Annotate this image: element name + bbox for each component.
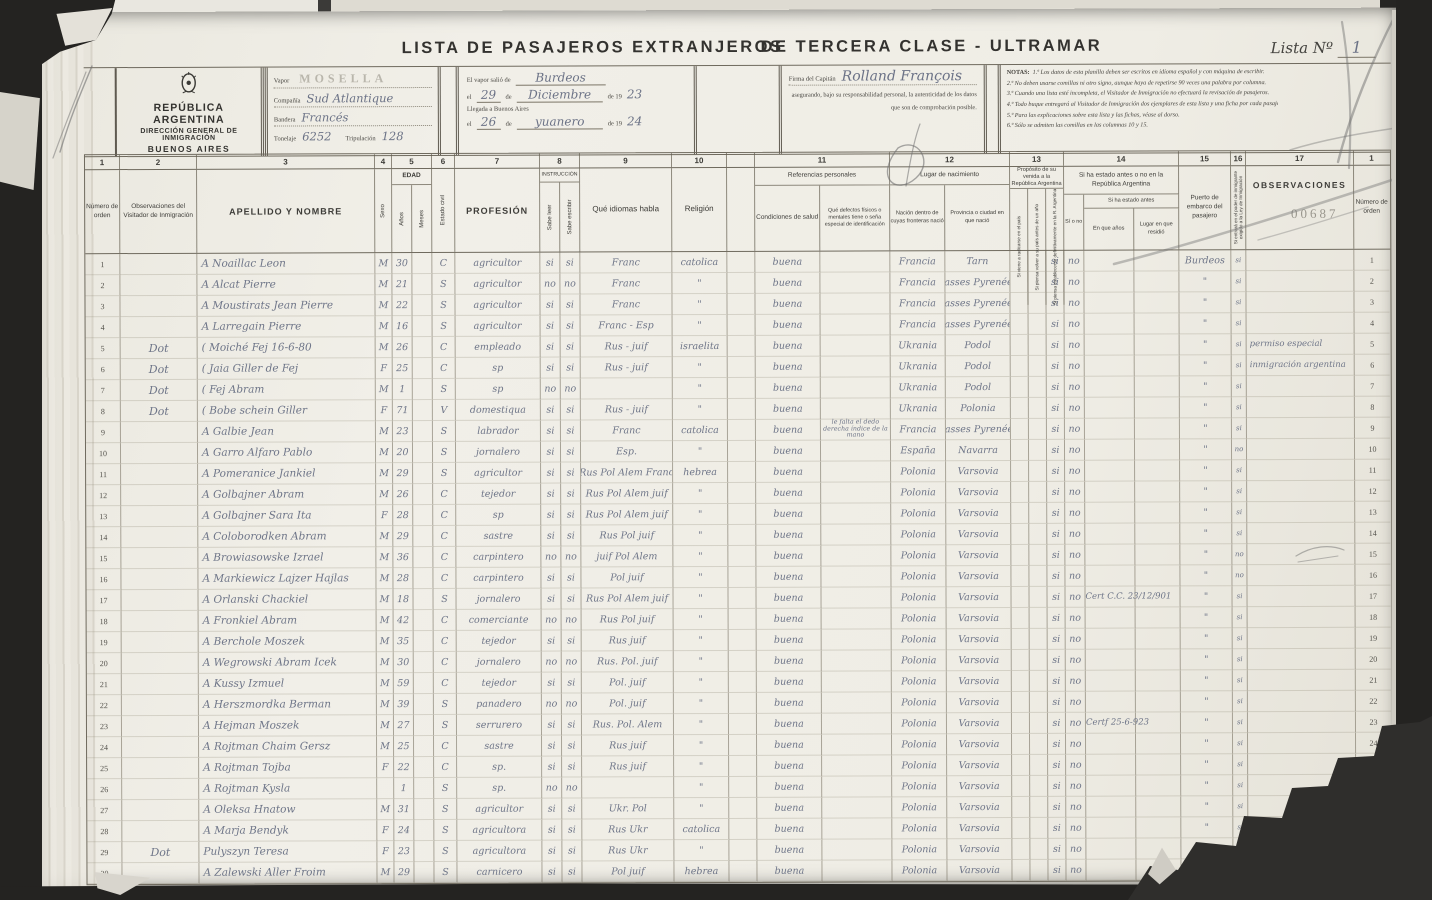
lugar-residio <box>1136 628 1181 649</box>
entrada-ley: si <box>1232 481 1247 502</box>
paper-sheet: LISTA DE PASAJEROS EXTRANJEROS DE TERCER… <box>38 8 1399 889</box>
sabe-leer: si <box>541 526 561 547</box>
provincia: Podol <box>946 356 1011 377</box>
num: 24 <box>87 737 122 758</box>
salud: buena <box>755 273 820 294</box>
en-que-anios <box>1086 860 1136 881</box>
entrada-ley: no <box>1232 544 1247 565</box>
sexo: F <box>376 358 393 379</box>
num-orden-der: 21 <box>1356 670 1391 691</box>
notas-title: NOTAS: <box>1007 69 1030 76</box>
en-que-anios: Certf 25-6-923 <box>1086 713 1136 734</box>
idiomas: Rus juif <box>582 735 674 756</box>
anios: 29 <box>394 862 414 883</box>
provincia: Varsovia <box>947 713 1012 734</box>
anios: 31 <box>394 799 414 820</box>
religion: catolica <box>673 420 728 441</box>
spacer <box>728 378 756 399</box>
provincia: Varsovia <box>946 503 1011 524</box>
num-orden-der: 8 <box>1355 397 1390 418</box>
religion: " <box>673 441 728 462</box>
estado-si-no: no <box>1065 398 1085 419</box>
meses <box>414 778 434 799</box>
num: 7 <box>86 380 121 401</box>
obs-visitador <box>122 821 199 842</box>
idiomas: Franc <box>580 273 672 294</box>
estado-civil: C <box>433 484 456 505</box>
lugar-residio <box>1135 565 1180 586</box>
sexo: M <box>377 610 394 631</box>
de-label-2: de <box>506 121 512 128</box>
estado-civil: S <box>434 820 457 841</box>
num: 1 <box>85 254 120 275</box>
idiomas: Rus - juif <box>581 357 673 378</box>
salud: buena <box>756 420 821 441</box>
name: ( Fej Abram <box>198 379 376 401</box>
religion: " <box>673 546 728 567</box>
lista-label: Lista Nº <box>1271 39 1333 57</box>
num: 6 <box>86 359 121 380</box>
anios: 23 <box>394 841 414 862</box>
obs-visitador <box>122 653 199 674</box>
prop-3: si <box>1048 608 1066 629</box>
col-number-11: 11 <box>755 152 890 166</box>
entrada-ley: si <box>1232 502 1247 523</box>
profesion: sp. <box>457 757 542 778</box>
prop-1 <box>1012 692 1030 713</box>
en-que-anios: Cert C.C. 23/12/901 <box>1085 587 1135 608</box>
lugar-residio <box>1136 754 1181 775</box>
spacer <box>729 609 757 630</box>
anios: 27 <box>394 715 414 736</box>
prop-3: si <box>1048 734 1066 755</box>
sabe-leer: si <box>541 505 561 526</box>
header-ha-estado-group: Si ha estado antes o no en la República … <box>1064 166 1179 249</box>
estado-si-no: no <box>1065 545 1085 566</box>
num-orden-der: 20 <box>1356 649 1391 670</box>
en-que-anios <box>1084 251 1134 272</box>
name: A Kussy Izmuel <box>199 673 377 695</box>
entrada-ley: si <box>1233 670 1248 691</box>
defectos <box>822 608 892 629</box>
sabe-leer: si <box>541 589 561 610</box>
en-que-anios <box>1085 314 1135 335</box>
puerto: " <box>1181 733 1233 754</box>
tonelaje-label: Tonelaje <box>274 135 296 142</box>
name: A Galbie Jean <box>198 421 376 443</box>
prop-3: si <box>1048 797 1066 818</box>
idiomas <box>581 378 673 399</box>
estado-si-no: no <box>1065 314 1085 335</box>
meses <box>413 421 433 442</box>
spacer <box>728 441 756 462</box>
prop-2 <box>1029 545 1047 566</box>
obs-visitador: Dot <box>122 842 199 863</box>
llegada-line: Llegada a Buenos Aires <box>467 105 686 113</box>
en-que-anios <box>1085 419 1135 440</box>
name: A Rojtman Chaim Gersz <box>199 736 377 758</box>
prop-1 <box>1012 797 1030 818</box>
prop-2 <box>1029 587 1047 608</box>
defectos <box>821 503 891 524</box>
anios: 18 <box>393 589 413 610</box>
en-que-anios <box>1085 440 1135 461</box>
anios: 24 <box>394 820 414 841</box>
de-label: de <box>505 94 511 101</box>
estado-si-no: no <box>1065 524 1085 545</box>
entrada-ley: si <box>1233 712 1248 733</box>
name: A Marja Bendyk <box>199 820 377 842</box>
defectos: le falta el dedo derecha índice de la ma… <box>821 419 891 440</box>
en-que-anios <box>1085 377 1135 398</box>
observaciones <box>1248 817 1356 838</box>
estado-si-no: no <box>1065 377 1085 398</box>
profesion: tejedor <box>457 631 542 652</box>
anios: 20 <box>393 442 413 463</box>
prop-3: si <box>1047 335 1065 356</box>
nacion: Francia <box>891 419 946 440</box>
spacer <box>729 861 757 882</box>
spacer <box>728 588 756 609</box>
spacer <box>729 798 757 819</box>
anios: 30 <box>394 652 414 673</box>
salud: buena <box>756 441 821 462</box>
profesion: sp. <box>457 778 542 799</box>
obs-visitador <box>121 527 198 548</box>
observaciones <box>1248 733 1356 754</box>
obs-visitador <box>121 422 198 443</box>
num-orden-der <box>1356 796 1391 817</box>
defectos <box>821 566 891 587</box>
prop-2 <box>1029 356 1047 377</box>
estado-si-no: no <box>1065 566 1085 587</box>
provincia: Varsovia <box>946 482 1011 503</box>
prop-2 <box>1029 335 1047 356</box>
header-idiomas: Qué idiomas habla <box>592 204 659 215</box>
bandera-line: Bandera Francés <box>274 110 432 127</box>
document-title-left: LISTA DE PASAJEROS EXTRANJEROS <box>402 38 784 58</box>
sabe-leer: si <box>541 568 561 589</box>
idiomas: Pol juif <box>582 861 674 882</box>
estado-civil: C <box>434 736 457 757</box>
en-que-anios <box>1085 482 1135 503</box>
estado-si-no: no <box>1066 776 1086 797</box>
idiomas: Franc - Esp <box>581 315 673 336</box>
anios: 26 <box>393 484 413 505</box>
sabe-escribir: si <box>562 735 582 756</box>
provincia: Polonia <box>946 398 1011 419</box>
spacer <box>728 546 756 567</box>
num: 9 <box>86 422 121 443</box>
estado-civil: S <box>433 463 456 484</box>
spacer <box>729 819 757 840</box>
puerto <box>1181 859 1233 880</box>
defectos <box>821 335 891 356</box>
llegada-day: 26 <box>477 115 501 130</box>
sabe-leer: si <box>541 421 561 442</box>
prop-1 <box>1012 650 1030 671</box>
prop-1 <box>1011 314 1029 335</box>
prop-3: si <box>1047 482 1065 503</box>
estado-civil: S <box>433 421 456 442</box>
obs-visitador <box>121 590 198 611</box>
prop-1 <box>1012 713 1030 734</box>
estado-si-no: no <box>1066 671 1086 692</box>
puerto: " <box>1180 523 1232 544</box>
idiomas <box>582 777 674 798</box>
anios: 29 <box>393 463 413 484</box>
meses <box>414 841 434 862</box>
obs-visitador: Dot <box>121 359 198 380</box>
col-number-13: 13 <box>1010 152 1064 166</box>
header-sexo: Sexo <box>380 204 386 218</box>
prop-2 <box>1030 692 1048 713</box>
sabe-escribir: si <box>562 861 582 882</box>
defectos <box>822 650 892 671</box>
idiomas: Rus Ukr <box>582 819 674 840</box>
anios: 71 <box>393 400 413 421</box>
sexo: F <box>377 757 394 778</box>
table-header-row: Número de orden Observaciones del Visita… <box>85 166 1390 255</box>
obs-visitador <box>121 548 198 569</box>
tonelaje-line: Tonelaje 6252 Tripulación 128 <box>274 129 432 145</box>
num: 28 <box>87 821 122 842</box>
registry-stamp-number: 00687 <box>1291 206 1339 222</box>
sexo: M <box>376 526 393 547</box>
sabe-escribir: no <box>562 777 582 798</box>
sabe-escribir: si <box>561 420 581 441</box>
estado-si-no: no <box>1066 797 1086 818</box>
observaciones <box>1248 607 1356 628</box>
religion: hebrea <box>673 462 728 483</box>
profesion: comerciante <box>457 610 542 631</box>
nacion: Polonia <box>892 797 947 818</box>
estado-si-no: no <box>1065 482 1085 503</box>
idiomas: Rus - juif <box>581 336 673 357</box>
profesion: carnicero <box>457 862 542 883</box>
spacer <box>728 525 756 546</box>
meses <box>413 337 433 358</box>
prop-1 <box>1012 818 1030 839</box>
header-en-que-anios: En que años <box>1093 225 1124 233</box>
prop-3: si <box>1048 671 1066 692</box>
lugar-residio <box>1134 250 1179 271</box>
meses <box>413 526 433 547</box>
tripulacion-value: 128 <box>382 129 404 143</box>
prop-3: si <box>1048 839 1066 860</box>
meses <box>414 862 434 883</box>
sexo: F <box>376 505 393 526</box>
estado-civil: S <box>433 379 456 400</box>
sabe-escribir: si <box>561 399 581 420</box>
provincia: Varsovia <box>947 671 1012 692</box>
sexo: M <box>376 337 393 358</box>
idiomas: Pol. juif <box>582 693 674 714</box>
nacion: Polonia <box>892 755 947 776</box>
nacion: Polonia <box>892 776 947 797</box>
prop-1 <box>1011 503 1029 524</box>
lugar-residio <box>1135 397 1180 418</box>
observaciones <box>1247 376 1355 397</box>
obs-visitador <box>122 611 199 632</box>
header-referencias-group: Referencias personales Condiciones de sa… <box>755 167 890 250</box>
sabe-escribir: no <box>561 546 581 567</box>
salud: buena <box>756 315 821 336</box>
estado-si-no: no <box>1066 839 1086 860</box>
entrada-ley: si <box>1232 334 1247 355</box>
spacer <box>729 714 757 735</box>
salio-line: El vapor salió de Burdeos <box>467 70 686 86</box>
header-lugar-nacimiento: Lugar de nacimiento <box>890 167 1010 185</box>
sabe-leer: si <box>542 715 562 736</box>
header-numero: Número de orden <box>85 203 119 221</box>
idiomas: Franc <box>581 420 673 441</box>
observaciones <box>1247 523 1355 544</box>
header-ha-estado: Si ha estado antes o no en la República … <box>1064 166 1179 194</box>
estado-civil: S <box>432 295 455 316</box>
lugar-residio <box>1136 607 1181 628</box>
lugar-residio <box>1135 355 1180 376</box>
entrada-ley: si <box>1232 313 1247 334</box>
provincia: Varsovia <box>947 608 1012 629</box>
provincia: Varsovia <box>946 545 1011 566</box>
header-entrada-ley: Si entrará en el poder de inmigrante exi… <box>1233 166 1243 249</box>
prop-1 <box>1011 356 1029 377</box>
prop-3: si <box>1047 545 1065 566</box>
defectos <box>821 545 891 566</box>
entrada-ley: si <box>1232 418 1247 439</box>
estado-si-no: no <box>1066 860 1086 881</box>
nacion: Ukrania <box>891 377 946 398</box>
religion: " <box>673 483 728 504</box>
estado-si-no: no <box>1065 461 1085 482</box>
compania-label: Compañía <box>274 97 301 104</box>
header-religion: Religión <box>685 204 714 215</box>
puerto: " <box>1181 796 1233 817</box>
sexo: M <box>376 547 393 568</box>
profesion: agricultora <box>457 820 542 841</box>
col-number-10: 10 <box>672 153 727 167</box>
provincia: Varsovia <box>946 587 1011 608</box>
puerto: " <box>1179 271 1231 292</box>
sexo: M <box>377 652 394 673</box>
observaciones <box>1248 628 1356 649</box>
meses <box>414 610 434 631</box>
prop-2 <box>1029 440 1047 461</box>
spacer <box>728 462 756 483</box>
meses <box>414 694 434 715</box>
name: A Garro Alfaro Pablo <box>198 442 376 464</box>
org-country: REPÚBLICA ARGENTINA <box>117 102 261 127</box>
observaciones: inmigración argentina <box>1247 355 1355 376</box>
sabe-leer: si <box>542 862 562 883</box>
salud: buena <box>757 651 822 672</box>
provincia: Basses Pyrenées <box>946 314 1011 335</box>
num-orden-der: 10 <box>1355 439 1390 460</box>
obs-visitador <box>122 632 199 653</box>
lugar-residio <box>1136 817 1181 838</box>
religion: " <box>673 378 728 399</box>
name: A Wegrowski Abram Icek <box>199 652 377 674</box>
document-scan: LISTA DE PASAJEROS EXTRANJEROS DE TERCER… <box>0 0 1432 900</box>
sexo: M <box>375 274 392 295</box>
prop-2 <box>1029 566 1047 587</box>
idiomas: Rus. Pol. Alem <box>582 714 674 735</box>
prop-2 <box>1030 755 1048 776</box>
defectos <box>822 629 892 650</box>
prop-3: si <box>1047 461 1065 482</box>
header-meses: Meses <box>419 210 425 228</box>
obs-visitador <box>122 800 199 821</box>
profesion: carpintero <box>456 547 541 568</box>
sabe-leer: no <box>542 652 562 673</box>
meses <box>413 400 433 421</box>
entrada-ley <box>1233 859 1248 880</box>
prop-3: si <box>1047 398 1065 419</box>
idiomas: Rus Pol Alem Franc <box>581 462 673 483</box>
salud: buena <box>757 630 822 651</box>
tripulacion-label: Tripulación <box>345 135 375 142</box>
idiomas: Pol. juif <box>582 672 674 693</box>
captain-signature-name: Rolland François <box>842 68 962 84</box>
nota-item-1: 1.ª Los datos de esta planilla deben ser… <box>1033 68 1265 76</box>
lugar-residio <box>1135 481 1180 502</box>
religion: " <box>674 630 729 651</box>
estado-si-no: no <box>1065 503 1085 524</box>
prop-3: si <box>1047 440 1065 461</box>
sabe-escribir: si <box>561 504 581 525</box>
header-numero-der: Número de orden <box>1354 198 1389 216</box>
sabe-escribir: si <box>560 294 580 315</box>
prop-1 <box>1012 608 1030 629</box>
salud: buena <box>755 294 820 315</box>
nacion: España <box>891 440 946 461</box>
header-instruccion: INSTRUCCIÓN <box>540 168 580 182</box>
observaciones <box>1248 775 1356 796</box>
prop-3: si <box>1048 629 1066 650</box>
estado-civil: S <box>434 715 457 736</box>
provincia: Navarra <box>946 440 1011 461</box>
sabe-escribir: si <box>562 672 582 693</box>
spacer <box>729 651 757 672</box>
defectos <box>822 860 892 881</box>
name: A Markiewicz Lajzer Hajlas <box>198 568 376 590</box>
table-body: 1A Noaillac LeonM30CagricultorsisiFrancc… <box>85 250 1392 885</box>
entrada-ley: si <box>1231 292 1246 313</box>
spacer <box>729 693 757 714</box>
spacer <box>728 336 756 357</box>
idiomas: Rus Pol Alem juif <box>581 483 673 504</box>
observaciones <box>1248 670 1356 691</box>
spacer <box>728 420 756 441</box>
defectos <box>821 524 891 545</box>
defectos <box>820 251 890 272</box>
meses <box>414 631 434 652</box>
table-row: 30A Zalewski Aller FroimM29Scarnicerosis… <box>87 859 1392 885</box>
estado-civil: S <box>433 316 456 337</box>
prop-2 <box>1029 377 1047 398</box>
sexo: M <box>377 673 394 694</box>
anios: 22 <box>394 757 414 778</box>
num: 22 <box>87 695 122 716</box>
prop-2 <box>1030 734 1048 755</box>
entrada-ley: si <box>1233 628 1248 649</box>
provincia: Varsovia <box>947 818 1012 839</box>
prop-3: si <box>1047 503 1065 524</box>
salud: buena <box>756 357 821 378</box>
col-number-8: 8 <box>540 153 580 167</box>
salud: buena <box>756 525 821 546</box>
